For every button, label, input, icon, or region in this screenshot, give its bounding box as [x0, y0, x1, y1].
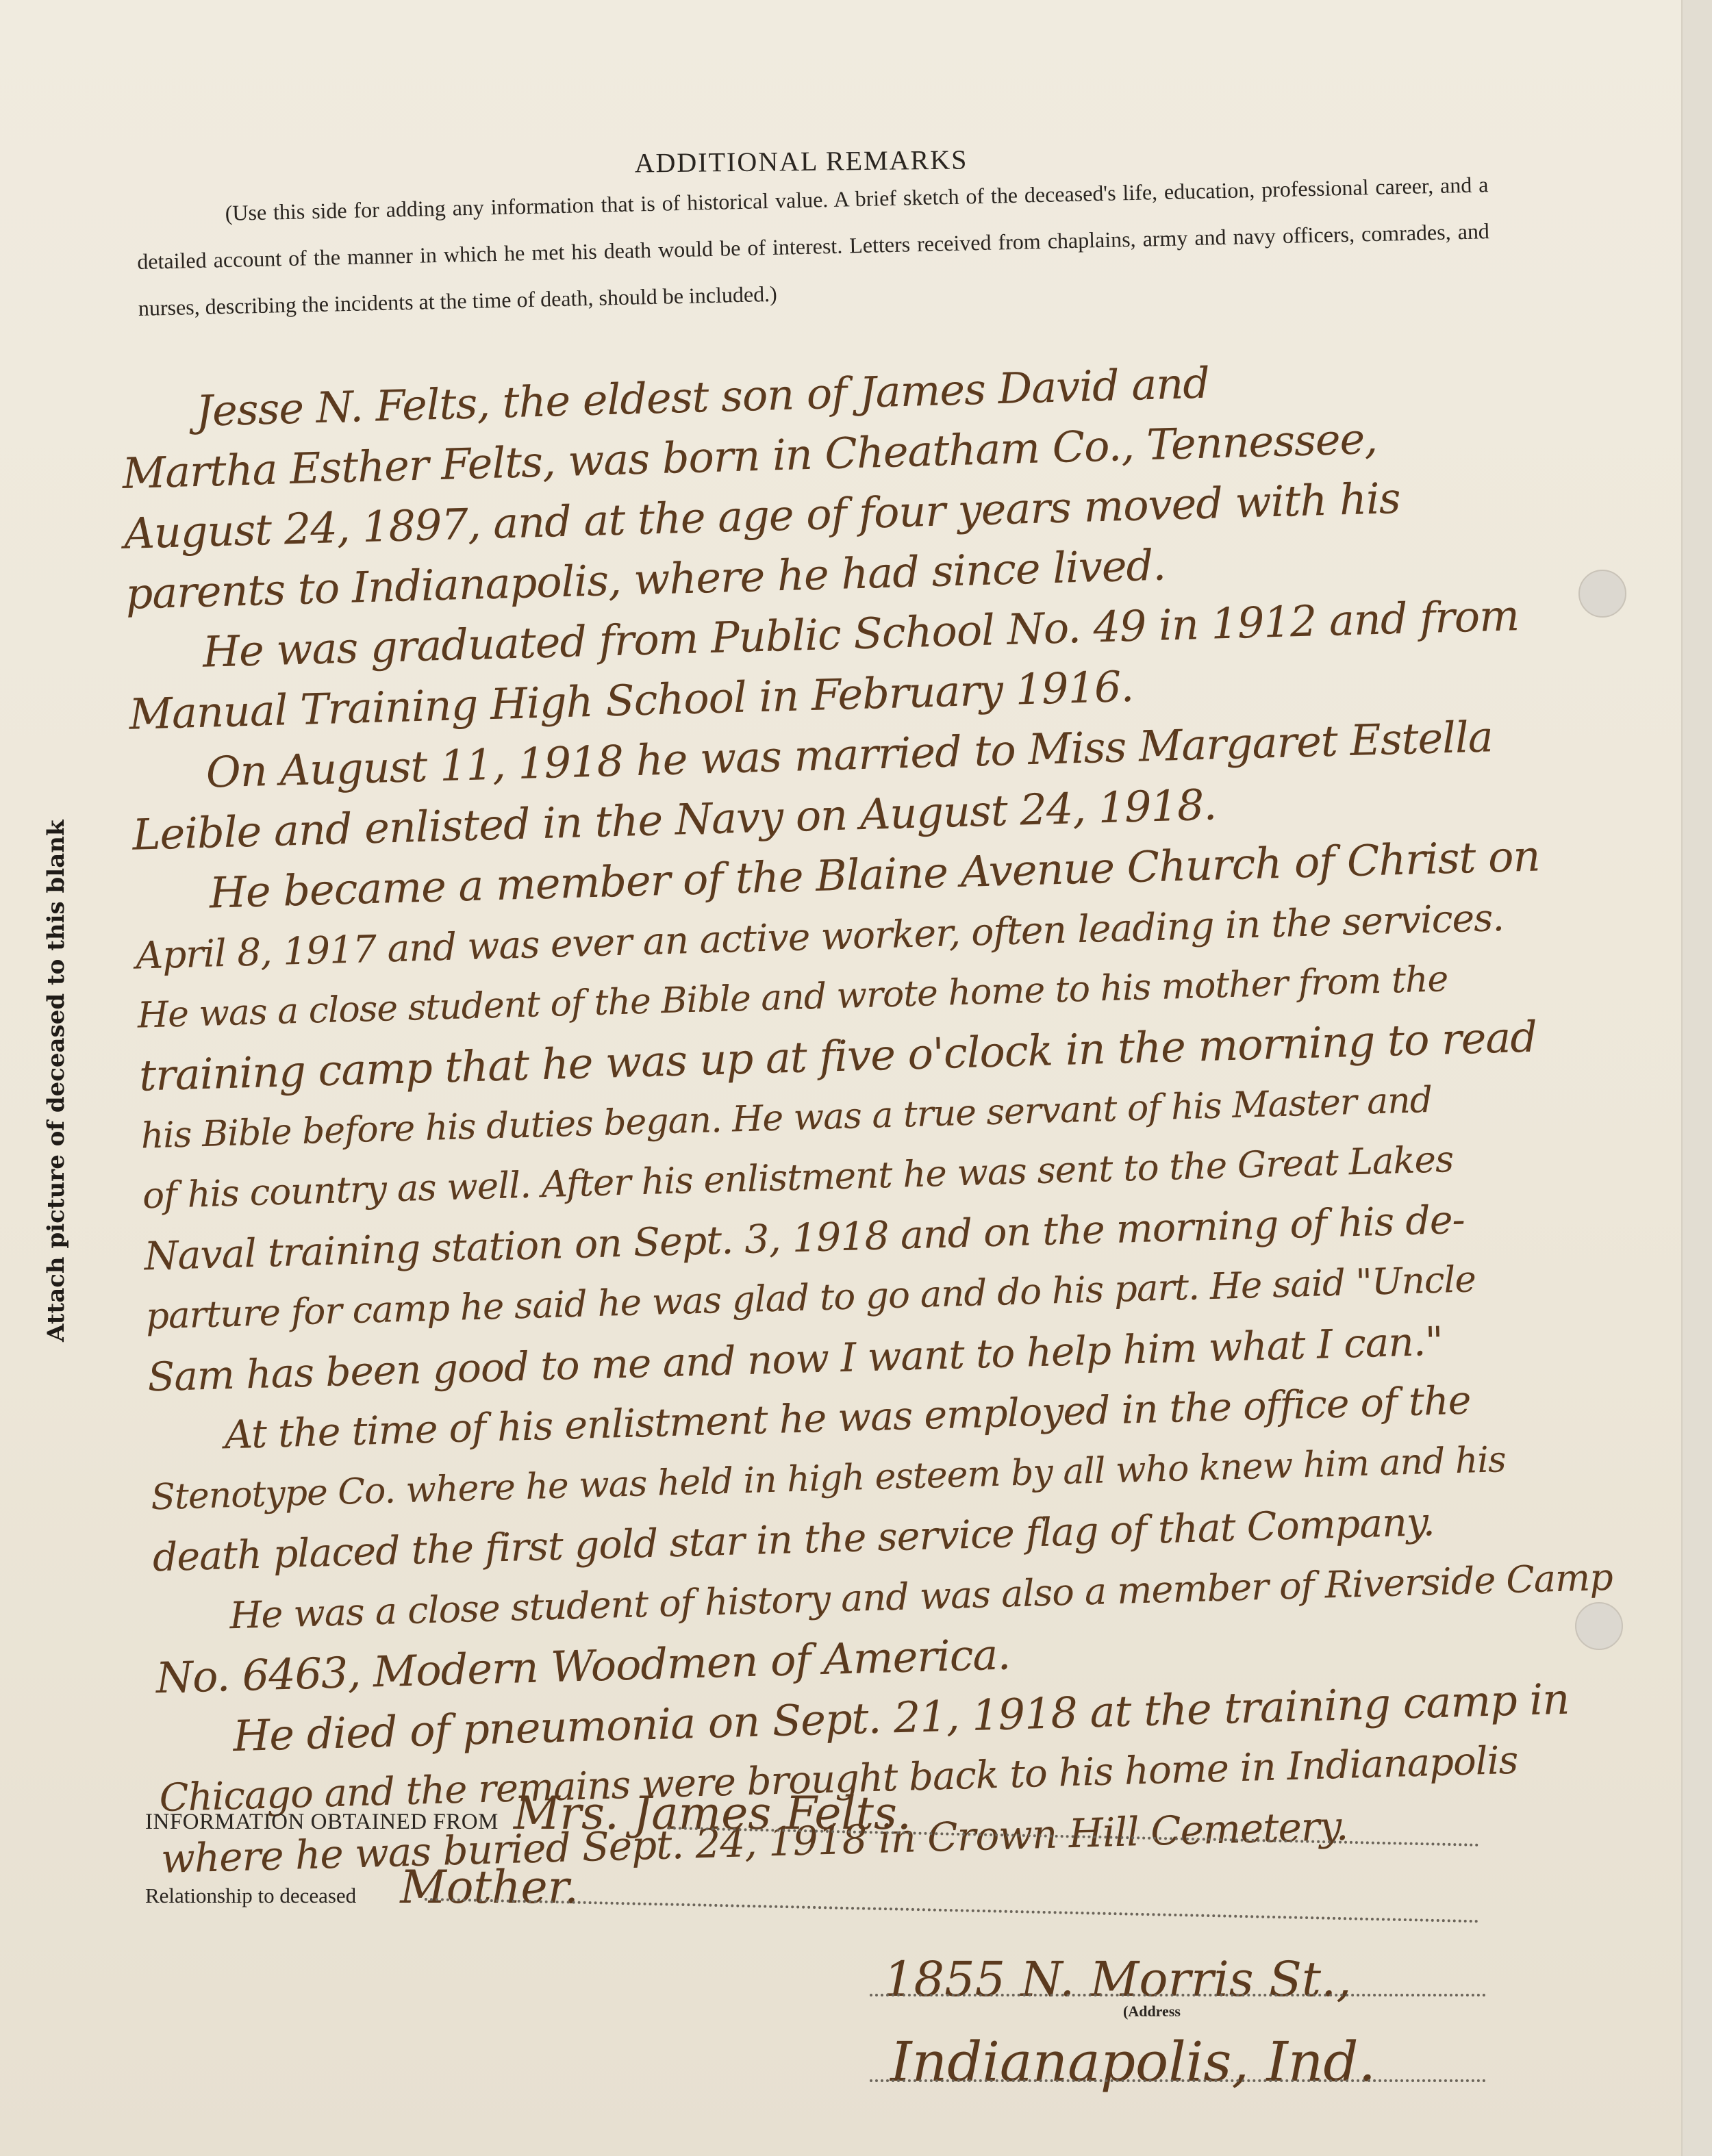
- page-edge: [1681, 0, 1712, 2156]
- info-source-label: INFORMATION OBTAINED FROM: [145, 1810, 499, 1834]
- address-line-1: 1855 N. Morris St.,: [883, 1951, 1352, 2007]
- address-line-2: Indianapolis, Ind.: [890, 2030, 1376, 2094]
- handwritten-remarks: Jesse N. Felts, the eldest son of James …: [120, 340, 1712, 1889]
- relationship-value: Mother.: [400, 1861, 579, 1914]
- relationship-underline: [425, 1898, 1479, 1923]
- form-instructions: (Use this side for adding any informatio…: [136, 161, 1491, 331]
- relationship-field: Relationship to deceased Mother.: [145, 1861, 579, 1914]
- relationship-label: Relationship to deceased: [145, 1884, 356, 1907]
- address-underline-2: [870, 2079, 1486, 2082]
- address-label: (Address: [1123, 2003, 1181, 2020]
- attach-picture-label: Attach picture of deceased to this blank: [42, 820, 70, 1342]
- form-page: ADDITIONAL REMARKS (Use this side for ad…: [0, 0, 1681, 2156]
- address-underline-1: [870, 1994, 1486, 1996]
